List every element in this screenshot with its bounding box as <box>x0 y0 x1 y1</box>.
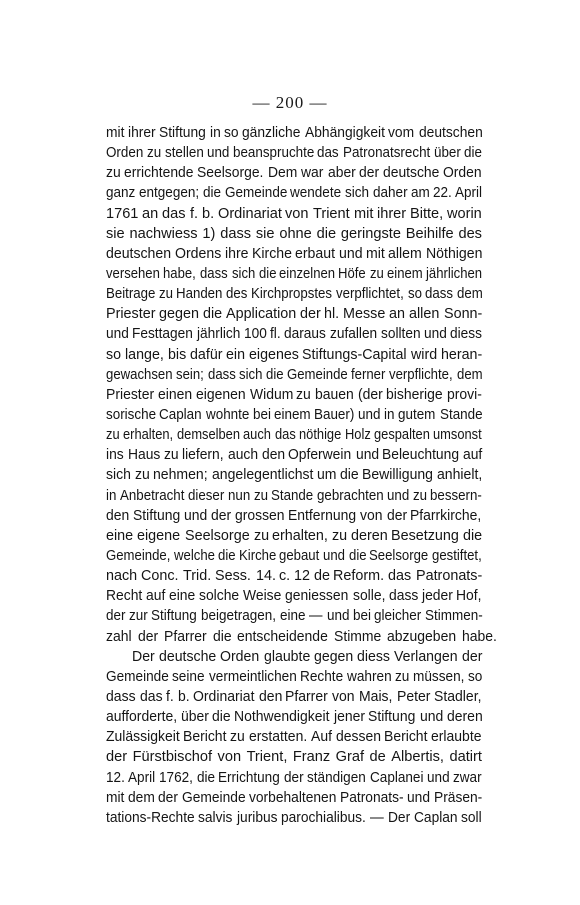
word: zahl <box>106 627 131 647</box>
word: zu <box>135 465 149 485</box>
word: (der <box>358 385 382 405</box>
word: die <box>203 183 219 203</box>
word: deren <box>351 526 387 546</box>
word: 1762, <box>159 768 191 788</box>
word: gutem <box>398 405 433 425</box>
word: Weise <box>243 586 279 606</box>
word: zu <box>159 284 171 304</box>
text-line: Gemeinde,welchedieKirchegebautunddieSeel… <box>106 546 482 566</box>
word: auch <box>228 445 257 465</box>
word: bauen <box>315 385 353 405</box>
word: einzelnen <box>279 264 329 284</box>
word: seine <box>172 667 202 687</box>
text-line: zuerrichtendeSeelsorge.Demwaraberderdeut… <box>106 163 482 183</box>
word: Abhängigkeit <box>305 123 380 143</box>
word: Kirche <box>252 244 290 264</box>
text-line: insHauszuliefern,auchdenOpferweinundBele… <box>106 445 482 465</box>
word: Widum <box>250 385 291 405</box>
word: Stiftung <box>133 506 179 526</box>
word: und <box>339 244 361 264</box>
text-line: PriestergegendieApplicationderhl.Messean… <box>106 304 482 324</box>
word: anhielt, <box>437 465 480 485</box>
word: Pfarrkirche, <box>410 506 478 526</box>
word: nun <box>228 486 248 506</box>
word: ihrer <box>128 123 154 143</box>
word: Patronatsrecht <box>343 143 423 163</box>
word: die <box>463 526 481 546</box>
word: Caplan <box>414 808 455 828</box>
word: glaubte <box>264 647 309 667</box>
word: umsonst <box>433 425 476 445</box>
word: der <box>158 788 177 808</box>
word: b. <box>202 204 214 224</box>
word: Anbetracht <box>120 486 179 506</box>
word: auf <box>146 586 164 606</box>
word: datirt <box>449 747 481 767</box>
word: angelegentlichst <box>212 465 309 485</box>
text-line: aufforderte,überdieNothwendigkeitjenerSt… <box>106 707 482 727</box>
word: einem <box>387 264 419 284</box>
word: nehmen; <box>153 465 206 485</box>
word: Pfarrer <box>164 627 205 647</box>
word: an <box>389 304 404 324</box>
word: zu <box>254 486 266 506</box>
word: stellen <box>165 143 200 163</box>
word: geniessen <box>285 586 346 606</box>
word: und <box>407 788 428 808</box>
text-line: zahlderPfarrerdieentscheidendeStimmeabzu… <box>106 627 482 647</box>
word: bisherige <box>386 385 440 405</box>
word: 22. <box>433 183 450 203</box>
word: den <box>262 445 284 465</box>
word: Reform. <box>333 566 383 586</box>
text-line: mitdemderGemeindevorbehaltenenPatronats-… <box>106 788 482 808</box>
word: entscheidende <box>237 627 324 647</box>
word: bis <box>168 345 186 365</box>
word: Opferwein <box>288 445 348 465</box>
word: zu <box>164 445 178 465</box>
word: Caplanei <box>370 768 420 788</box>
word: das <box>388 566 411 586</box>
word: Holz <box>345 425 368 445</box>
page-number: — 200 — <box>0 93 580 113</box>
word: hl. <box>324 304 339 324</box>
word: Stiftungs-Capital <box>302 345 404 365</box>
word: Nothwendigkeit <box>234 707 326 727</box>
word: grossen <box>235 506 282 526</box>
word: beigetragen, <box>201 606 270 626</box>
text-line: zuerhalten,demselbenauchdasnöthigeHolzge… <box>106 425 482 445</box>
word: Verlangen <box>394 647 456 667</box>
word: erstatten. <box>249 727 305 747</box>
word: gestiftet, <box>432 546 477 566</box>
word: deutsche <box>383 163 436 183</box>
word: jener <box>334 707 363 727</box>
word: gebaut <box>279 546 316 566</box>
word: Handen <box>176 284 218 304</box>
word: Höfe <box>338 264 363 284</box>
word: parochialibus. <box>281 808 361 828</box>
word: Ordinariat <box>218 204 282 224</box>
word: um <box>317 465 335 485</box>
word: ganz <box>106 183 133 203</box>
word: Sonn- <box>444 304 482 324</box>
word: allen <box>409 304 439 324</box>
word: ihre <box>225 244 247 264</box>
word: Hof, <box>456 586 480 606</box>
word: dass <box>425 284 451 304</box>
word: Trient, <box>247 747 288 767</box>
word: von <box>360 506 382 526</box>
word: — <box>370 808 383 828</box>
word: den <box>106 506 128 526</box>
word: Stadler, <box>434 687 480 707</box>
word: verpflichtet, <box>336 284 398 304</box>
word: eine <box>280 606 304 626</box>
word: zwar <box>453 768 480 788</box>
word: solle, <box>353 586 384 606</box>
word: beanspruchte <box>233 143 307 163</box>
word: und <box>424 324 445 344</box>
word: Festtagen <box>132 324 189 344</box>
text-line: 1761andasf.b.OrdinariatvonTrientmitihrer… <box>106 204 482 224</box>
word: bessern- <box>430 486 477 506</box>
word: das <box>162 204 186 224</box>
word: habe. <box>462 627 496 647</box>
word: der <box>106 747 127 767</box>
word: sich <box>345 183 367 203</box>
word: Bauer) <box>314 405 351 425</box>
word: Gemeinde, <box>106 546 164 566</box>
word: wahren <box>347 667 389 687</box>
word: und <box>358 405 378 425</box>
word: jährlich <box>197 324 237 344</box>
word: welche <box>174 546 211 566</box>
word: des <box>458 224 482 244</box>
word: Stande <box>271 486 309 506</box>
word: deutschen <box>106 244 169 264</box>
word: jährlichen <box>426 264 476 284</box>
word: und <box>387 486 407 506</box>
text-line: derzurStiftungbeigetragen,eine—undbeigle… <box>106 606 482 626</box>
word: Beleuchtung <box>382 445 455 465</box>
word: in <box>384 405 393 425</box>
word: erbaut <box>295 244 333 264</box>
word: die <box>203 304 221 324</box>
word: sie <box>256 224 275 244</box>
word: in <box>106 486 115 506</box>
word: Stiftung <box>368 707 414 727</box>
word: worin <box>447 204 482 224</box>
word: und <box>184 506 206 526</box>
word: 100 <box>244 324 265 344</box>
word: das <box>317 143 337 163</box>
word: Trient <box>313 204 350 224</box>
word: zu <box>395 667 408 687</box>
word: Stimme <box>334 627 379 647</box>
word: Trid. <box>183 566 211 586</box>
word: Kirche <box>239 546 272 566</box>
word: eigenen <box>196 385 244 405</box>
word: sie <box>106 224 125 244</box>
word: Seelsorge <box>369 546 423 566</box>
word: verpflichte, <box>389 365 447 385</box>
word: die <box>464 143 480 163</box>
word: Gemeinde <box>182 788 242 808</box>
text-line: inAnbetrachtdiesernunzuStandegebrachtenu… <box>106 486 482 506</box>
word: erhalten, <box>123 425 167 445</box>
word: Auf <box>311 727 331 747</box>
word: lange, <box>125 345 163 365</box>
word: zu <box>370 264 382 284</box>
word: von <box>332 687 354 707</box>
word: Stiftung <box>159 123 204 143</box>
text-line: sorischeCaplanwohntebeieinemBauer)unding… <box>106 405 482 425</box>
word: die <box>259 264 274 284</box>
word: Franz <box>293 747 330 767</box>
word: wendete <box>290 183 337 203</box>
word: Patronats- <box>416 566 481 586</box>
word: jeder <box>422 586 451 606</box>
word: Seelsorge <box>185 526 249 546</box>
word: von <box>218 747 242 767</box>
word: einem <box>274 405 308 425</box>
word: gegen <box>314 647 352 667</box>
word: habe, <box>163 264 193 284</box>
word: müssen, <box>413 667 461 687</box>
word: ohne <box>279 224 311 244</box>
word: gebrachten <box>317 486 378 506</box>
word: der <box>138 627 157 647</box>
word: zu <box>254 526 269 546</box>
word: Präsen- <box>434 788 480 808</box>
word: so <box>106 345 120 365</box>
word: f. <box>166 687 173 707</box>
word: an <box>142 204 158 224</box>
word: b. <box>178 687 189 707</box>
word: der <box>462 647 482 667</box>
word: Mais, <box>359 687 391 707</box>
word: vom <box>388 123 413 143</box>
word: Application <box>226 304 295 324</box>
word: Fürstbischof <box>133 747 212 767</box>
word: vermeintlichen <box>209 667 291 687</box>
word: soll <box>461 808 481 828</box>
word: der <box>387 506 406 526</box>
word: die <box>340 465 358 485</box>
word: mit <box>354 204 373 224</box>
word: Caplan <box>159 405 198 425</box>
word: dessen <box>336 727 379 747</box>
word: die <box>349 546 364 566</box>
word: zufallen <box>330 324 374 344</box>
word: abzugeben <box>387 627 453 647</box>
word: de <box>314 566 329 586</box>
word: die <box>218 546 233 566</box>
text-line: mitihrerStiftunginsogänzlicheAbhängigkei… <box>106 123 482 143</box>
word: mit <box>366 244 384 264</box>
word: und <box>356 445 378 465</box>
text-line: undFesttagenjährlich100fl.darauszufallen… <box>106 324 482 344</box>
text-line: tations-Rechtesalvisjuribusparochialibus… <box>106 808 482 828</box>
word: entgegen; <box>139 183 195 203</box>
word: auf <box>463 445 481 465</box>
word: Bitte, <box>410 204 443 224</box>
word: sollten <box>381 324 418 344</box>
word: und <box>207 143 227 163</box>
word: Nöthigen <box>426 244 480 264</box>
word: allem <box>388 244 421 264</box>
word: Orden <box>443 163 480 183</box>
word: Haus <box>128 445 159 465</box>
word: am <box>411 183 428 203</box>
word: Beitrage <box>106 284 151 304</box>
word: dafür <box>190 345 221 365</box>
word: deren <box>447 707 481 727</box>
word: sein; <box>176 365 201 385</box>
word: Sess. <box>215 566 251 586</box>
word: auch <box>243 425 268 445</box>
word: so <box>408 284 420 304</box>
word: die <box>212 707 229 727</box>
word: dass <box>106 687 135 707</box>
word: zu <box>147 143 160 163</box>
word: dass <box>220 224 251 244</box>
word: Dem <box>268 163 296 183</box>
word: solche <box>199 586 237 606</box>
word: die <box>197 768 213 788</box>
word: über <box>181 707 208 727</box>
word: aber <box>328 163 354 183</box>
word: Orden <box>220 647 258 667</box>
word: zu <box>230 727 244 747</box>
word: nöthige <box>299 425 336 445</box>
word: Ordinariat <box>193 687 252 707</box>
word: Bewilligung <box>362 465 430 485</box>
word: c. <box>279 566 290 586</box>
word: Gemeinde <box>106 667 164 687</box>
word: deutschen <box>419 123 479 143</box>
word: geringste <box>341 224 401 244</box>
word: sich <box>106 465 130 485</box>
word: April <box>128 768 153 788</box>
word: — <box>309 606 322 626</box>
word: ein <box>226 345 244 365</box>
text-line: sichzunehmen;angelegentlichstumdieBewill… <box>106 465 482 485</box>
word: ins <box>106 445 123 465</box>
word: dass <box>389 586 417 606</box>
word: dem <box>457 284 480 304</box>
word: Recht <box>106 586 140 606</box>
word: den <box>259 687 281 707</box>
word: diess <box>450 324 480 344</box>
word: 1761 <box>106 204 138 224</box>
word: der <box>359 163 378 183</box>
text-line: OrdenzustellenundbeanspruchtedasPatronat… <box>106 143 482 163</box>
text-line: gewachsensein;dasssichdieGemeindefernerv… <box>106 365 482 385</box>
word: Gemeinde <box>287 365 341 385</box>
word: zu <box>106 163 120 183</box>
word: sorische <box>106 405 152 425</box>
word: eigene <box>137 526 180 546</box>
word: Entfernung <box>288 506 353 526</box>
word: das <box>140 687 162 707</box>
word: eigenes <box>249 345 298 365</box>
word: Stiftung <box>151 606 194 626</box>
word: demselben <box>177 425 232 445</box>
word: so <box>224 123 237 143</box>
word: Priester <box>106 385 152 405</box>
word: tations-Rechte <box>106 808 189 828</box>
word: dass <box>208 365 233 385</box>
word: ferner <box>351 365 382 385</box>
word: ihrer <box>377 204 406 224</box>
word: heran- <box>441 345 481 365</box>
text-line: GemeindeseinevermeintlichenRechtewahrenz… <box>106 667 482 687</box>
body-text: mitihrerStiftunginsogänzlicheAbhängigkei… <box>106 123 482 828</box>
text-line: solange,bisdafüreineigenesStiftungs-Capi… <box>106 345 482 365</box>
text-line: dassdasf.b.OrdinariatdenPfarrervonMais,P… <box>106 687 482 707</box>
word: einen <box>158 385 191 405</box>
text-line: PriestereineneigenenWidumzubauen(derbish… <box>106 385 482 405</box>
word: Der <box>388 808 409 828</box>
word: Seelsorge. <box>197 163 260 183</box>
word: zu <box>296 385 310 405</box>
word: Besetzung <box>391 526 458 546</box>
word: dass <box>200 264 225 284</box>
word: gegen <box>159 304 199 324</box>
word: juribus <box>237 808 275 828</box>
word: in <box>210 123 220 143</box>
word: errichtende <box>124 163 190 183</box>
text-line: RechtaufeinesolcheWeisegeniessensolle,da… <box>106 586 482 606</box>
word: das <box>275 425 294 445</box>
word: gänzliche <box>242 123 298 143</box>
word: salvis <box>198 808 231 828</box>
word: Beihilfe <box>406 224 454 244</box>
word: Der <box>132 647 154 667</box>
word: gespalten <box>374 425 423 445</box>
word: dieser <box>188 486 221 506</box>
word: und <box>323 546 342 566</box>
book-page: — 200 — mitihrerStiftunginsogänzlicheAbh… <box>0 0 580 905</box>
word: eine <box>169 586 194 606</box>
word: f. <box>190 204 198 224</box>
word: daraus <box>284 324 324 344</box>
word: zu <box>413 486 425 506</box>
word: der <box>284 768 302 788</box>
text-line: deutschenOrdensihreKircheerbautundmitall… <box>106 244 482 264</box>
text-line: denStiftungunddergrossenEntfernungvonder… <box>106 506 482 526</box>
word: Graf <box>336 747 364 767</box>
word: dem <box>457 365 480 385</box>
word: 12. <box>106 768 123 788</box>
word: der <box>106 606 124 626</box>
word: die <box>213 627 230 647</box>
word: Rechte <box>300 667 340 687</box>
word: Messe <box>343 304 385 324</box>
word: Patronats- <box>340 788 400 808</box>
word: gleicher <box>374 606 418 626</box>
text-line: BeitragezuHandendesKirchpropstesverpflic… <box>106 284 482 304</box>
word: Zulässigkeit <box>106 727 176 747</box>
text-line: ganzentgegen;dieGemeindewendetesichdaher… <box>106 183 482 203</box>
word: aufforderte, <box>106 707 174 727</box>
word: 14. <box>256 566 275 586</box>
word: über <box>434 143 459 163</box>
word: gewachsen <box>106 365 166 385</box>
word: provi- <box>447 385 481 405</box>
